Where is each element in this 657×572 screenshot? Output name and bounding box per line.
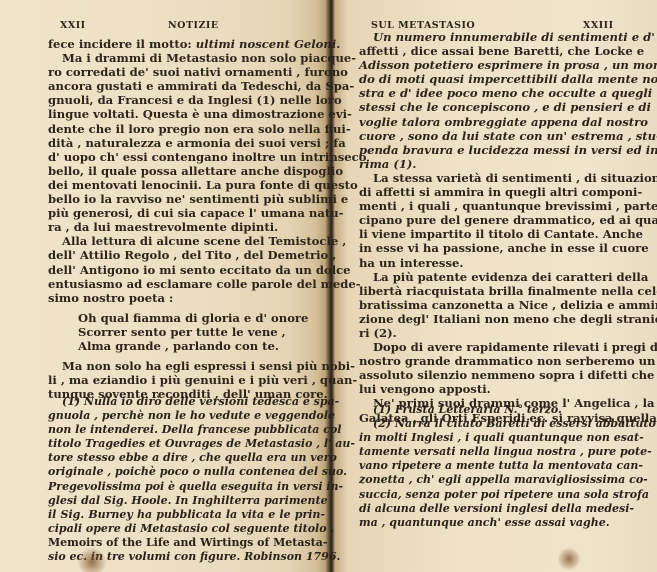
- footnote-line: ma , quantunque anch' esse assai vaghe.: [359, 516, 627, 530]
- text-line: dell' Antigono io mi sento eccitato da u…: [48, 263, 325, 277]
- footnote-line: originale , poichè poco o nulla contenea…: [48, 465, 325, 479]
- footnote-line: Pregevolissima poi è quella eseguita in …: [48, 480, 325, 494]
- text-line: ro corredati de' suoi nativi ornamenti ,…: [48, 65, 325, 79]
- book-spread: XXII NOTIZIE fece incidere il motto: ult…: [0, 0, 657, 572]
- verse-line: Alma grande , parlando con te.: [48, 339, 325, 353]
- text-line: d' uopo ch' essi contengano inoltre un i…: [48, 150, 325, 164]
- text-line: stessi che le concepiscono , e di pensie…: [359, 100, 627, 114]
- right-footnotes: (1) Frusta Letteraria N.° terzo. (2) Nar…: [359, 403, 627, 530]
- text-line: lingue voltati. Questa è una dimostrazio…: [48, 107, 325, 121]
- footnote-line: tamente versati nella lingua nostra , pu…: [359, 445, 627, 459]
- text-line: di affetti si ammira in quegli altri com…: [359, 185, 627, 199]
- text-line: libertà riacquistata brilla finalmente n…: [359, 284, 627, 298]
- verse-line: Oh qual fiamma di gloria e d' onore: [48, 311, 325, 325]
- text-line: cuore , sono da lui state con un' estrem…: [359, 129, 627, 143]
- text-line: rima (1).: [359, 157, 627, 171]
- footnote-line: (1) Frusta Letteraria N.° terzo.: [359, 403, 627, 417]
- footnote-line: il Sig. Burney ha pubblicata la vita e l…: [48, 508, 325, 522]
- text-line: li , ma eziandio i più genuini e i più v…: [48, 373, 325, 387]
- text-line: Un numero innumerabile di sentimenti e d…: [359, 30, 627, 44]
- footnote-line: cipali opere di Metastasio col seguente …: [48, 522, 325, 536]
- text-line: entusiasmo ad esclamare colle parole del…: [48, 277, 325, 291]
- footnote-line: (2) Narra il citato Baretti di essersi a…: [359, 417, 627, 431]
- page-number-left: XXII: [60, 20, 86, 31]
- footnote-line: zonetta , ch' egli appella maravigliosis…: [359, 473, 627, 487]
- footnote-line: glesi dal Sig. Hoole. In Inghilterra par…: [48, 494, 325, 508]
- text-line: lui vengono apposti.: [359, 382, 627, 396]
- text-line: La più patente evidenza dei caratteri de…: [359, 270, 627, 284]
- footnote-line: in molti Inglesi , i quali quantunque no…: [359, 431, 627, 445]
- text-line: Alla lettura di alcune scene del Temisto…: [48, 234, 325, 248]
- text-line: Ma non solo ha egli espressi i sensi più…: [48, 359, 325, 373]
- text-line: voglie talora ombreggiate appena dal nos…: [359, 115, 627, 129]
- text-line: ra , da lui maestrevolmente dipinti.: [48, 220, 325, 234]
- text-line: zione degl' Italiani non meno che degli …: [359, 312, 627, 326]
- footnote-line: succia, senza poter poi ripetere una sol…: [359, 488, 627, 502]
- text-line: fece incidere il motto: ultimi noscent G…: [48, 37, 325, 51]
- footnote-line: non le intenderei. Della francese pubbli…: [48, 423, 325, 437]
- text-line: dell' Attilio Regolo , del Tito , del De…: [48, 248, 325, 262]
- footnote-line: (1) Nulla io dirò delle versioni tedesca…: [48, 395, 325, 409]
- verse-line: Scorrer sento per tutte le vene ,: [48, 325, 325, 339]
- footnote-line: titolo Tragedies et Ouvrages de Metastas…: [48, 437, 325, 451]
- right-body-text: Un numero innumerabile di sentimenti e d…: [359, 30, 627, 425]
- text-line: gnuoli, da Francesi e da Inglesi (1) nel…: [48, 93, 325, 107]
- text-line: bratissima canzonetta a Nice , delizia e…: [359, 298, 627, 312]
- paper-stain: [558, 548, 580, 570]
- text-line: Ma i drammi di Metastasio non solo piacq…: [48, 51, 325, 65]
- text-line: ha un interesse.: [359, 256, 627, 270]
- text-line: ancora gustati e ammirati da Tedeschi, d…: [48, 79, 325, 93]
- text-line: Adisson potetiero esprimere in prosa , u…: [359, 58, 627, 72]
- text-line: stra e d' idee poco meno che occulte a q…: [359, 86, 627, 100]
- text-line: cipano pure del genere drammatico, ed ai…: [359, 213, 627, 227]
- text-line: do di moti quasi impercettibili dalla me…: [359, 72, 627, 86]
- text-line: menti , i quali , quantunque brevissimi …: [359, 199, 627, 213]
- text-line: assoluto silenzio nemmeno sopra i difett…: [359, 368, 627, 382]
- text-line: più generosi, di cui sia capace l' umana…: [48, 206, 325, 220]
- paper-stain: [78, 548, 106, 572]
- footnote-line: di alcuna delle versioni inglesi della m…: [359, 502, 627, 516]
- text-line: ri (2).: [359, 326, 627, 340]
- text-line: dei mentovati lenocinii. La pura fonte d…: [48, 178, 325, 192]
- left-body-text: fece incidere il motto: ultimi noscent G…: [48, 37, 325, 401]
- footnote-line: tore stesso ebbe a dire , che quella era…: [48, 451, 325, 465]
- text-line: bello io la ravviso ne' sentimenti più s…: [48, 192, 325, 206]
- running-head-left: NOTIZIE: [168, 20, 219, 31]
- text-line: in esse vi ha passione, anche in esse il…: [359, 241, 627, 255]
- text-line: simo nostro poeta :: [48, 291, 325, 305]
- left-footnotes: (1) Nulla io dirò delle versioni tedesca…: [48, 395, 325, 564]
- footnote-line: gnuola , perchè non le ho vedute e vegge…: [48, 409, 325, 423]
- left-page: XXII NOTIZIE fece incidere il motto: ult…: [0, 0, 330, 572]
- text-line: penda bravura e lucidezza messi in versi…: [359, 143, 627, 157]
- text-line: bello, il quale possa allettare anche di…: [48, 164, 325, 178]
- text-line: affetti , dice assai bene Baretti, che L…: [359, 44, 627, 58]
- text-line: li viene impartito il titolo di Cantate.…: [359, 227, 627, 241]
- right-page: SUL METASTASIO XXIII Un numero innumerab…: [333, 0, 657, 572]
- text-line: Dopo di avere rapidamente rilevati i pre…: [359, 340, 627, 354]
- footnote-line: vano ripetere a mente tutta la mentovata…: [359, 459, 627, 473]
- text-line: dente che il loro pregio non era solo ne…: [48, 122, 325, 136]
- text-line: La stessa varietà di sentimenti , di sit…: [359, 171, 627, 185]
- text-line: dità , naturalezza e armonia dei suoi ve…: [48, 136, 325, 150]
- text-line: nostro grande drammatico non serberemo u…: [359, 354, 627, 368]
